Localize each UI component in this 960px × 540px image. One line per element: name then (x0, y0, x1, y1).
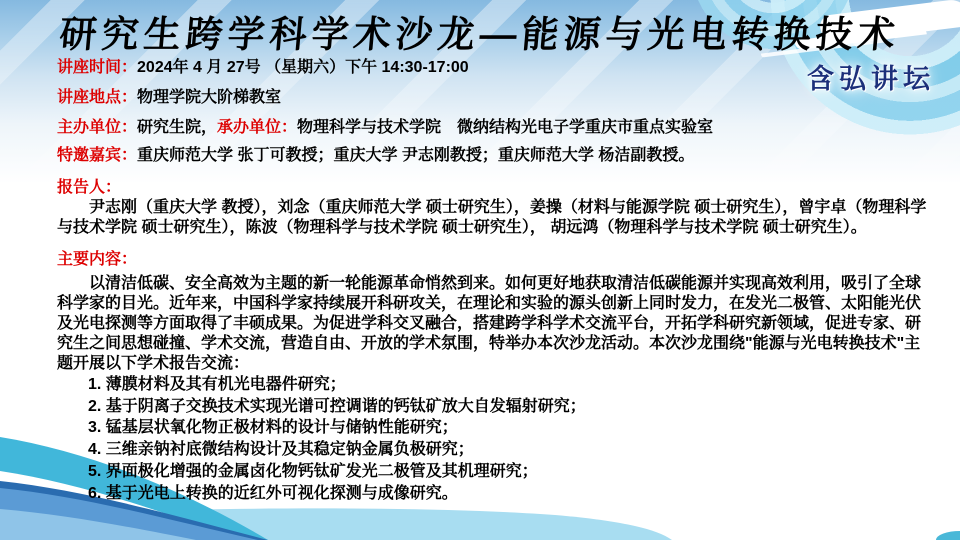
topic-item: 5. 界面极化增强的金属卤化物钙钛矿发光二极管及其机理研究； (88, 461, 933, 483)
main-content-paragraph: 以清洁低碳、安全高效为主题的新一轮能源革命悄然到来。如何更好地获取清洁低碳能源并… (57, 274, 933, 374)
page-title: 研究生跨学科学术沙龙—能源与光电转换技术 (0, 4, 960, 58)
location-value: 物理学院大阶梯教室 (137, 89, 281, 106)
time-value: 2024年 4 月 27号 （星期六）下午 14:30-17:00 (137, 59, 469, 76)
info-line-organizer: 主办单位：研究生院，承办单位：物理科学与技术学院 微纳结构光电子学重庆市重点实验… (57, 118, 933, 138)
speakers-label: 报告人： (57, 178, 933, 198)
time-label: 讲座时间： (57, 59, 137, 76)
topic-item: 2. 基于阴离子交换技术实现光谱可控调谐的钙钛矿放大自发辐射研究； (88, 396, 933, 418)
info-line-location: 讲座地点：物理学院大阶梯教室 (57, 88, 933, 108)
topic-item: 3. 锰基层状氧化物正极材料的设计与储钠性能研究； (88, 417, 933, 439)
co-organizer-value: 物理科学与技术学院 微纳结构光电子学重庆市重点实验室 (297, 119, 713, 136)
main-content-label: 主要内容： (57, 250, 933, 270)
topic-item: 1. 薄膜材料及其有机光电器件研究； (88, 374, 933, 396)
organizer-value: 研究生院， (137, 119, 217, 136)
topic-list: 1. 薄膜材料及其有机光电器件研究； 2. 基于阴离子交换技术实现光谱可控调谐的… (57, 374, 933, 504)
organizer-label: 主办单位： (57, 119, 137, 136)
speakers-paragraph: 尹志刚（重庆大学 教授），刘念（重庆师范大学 硕士研究生），姜操（材料与能源学院… (57, 198, 933, 238)
poster: 研究生跨学科学术沙龙—能源与光电转换技术 含弘讲坛 讲座时间：2024年 4 月… (0, 0, 960, 540)
corner-wave-dot (936, 531, 960, 540)
topic-item: 4. 三维亲钠衬底微结构设计及其稳定钠金属负极研究； (88, 439, 933, 461)
guests-label: 特邀嘉宾： (57, 147, 137, 164)
guests-value: 重庆师范大学 张丁可教授；重庆大学 尹志刚教授；重庆师范大学 杨洁副教授。 (137, 147, 694, 164)
poster-body: 讲座时间：2024年 4 月 27号 （星期六）下午 14:30-17:00 讲… (57, 58, 933, 504)
info-line-time: 讲座时间：2024年 4 月 27号 （星期六）下午 14:30-17:00 (57, 58, 933, 78)
location-label: 讲座地点： (57, 89, 137, 106)
topic-item: 6. 基于光电上转换的近红外可视化探测与成像研究。 (88, 483, 933, 505)
info-line-guests: 特邀嘉宾：重庆师范大学 张丁可教授；重庆大学 尹志刚教授；重庆师范大学 杨洁副教… (57, 146, 933, 166)
co-organizer-label: 承办单位： (217, 119, 297, 136)
